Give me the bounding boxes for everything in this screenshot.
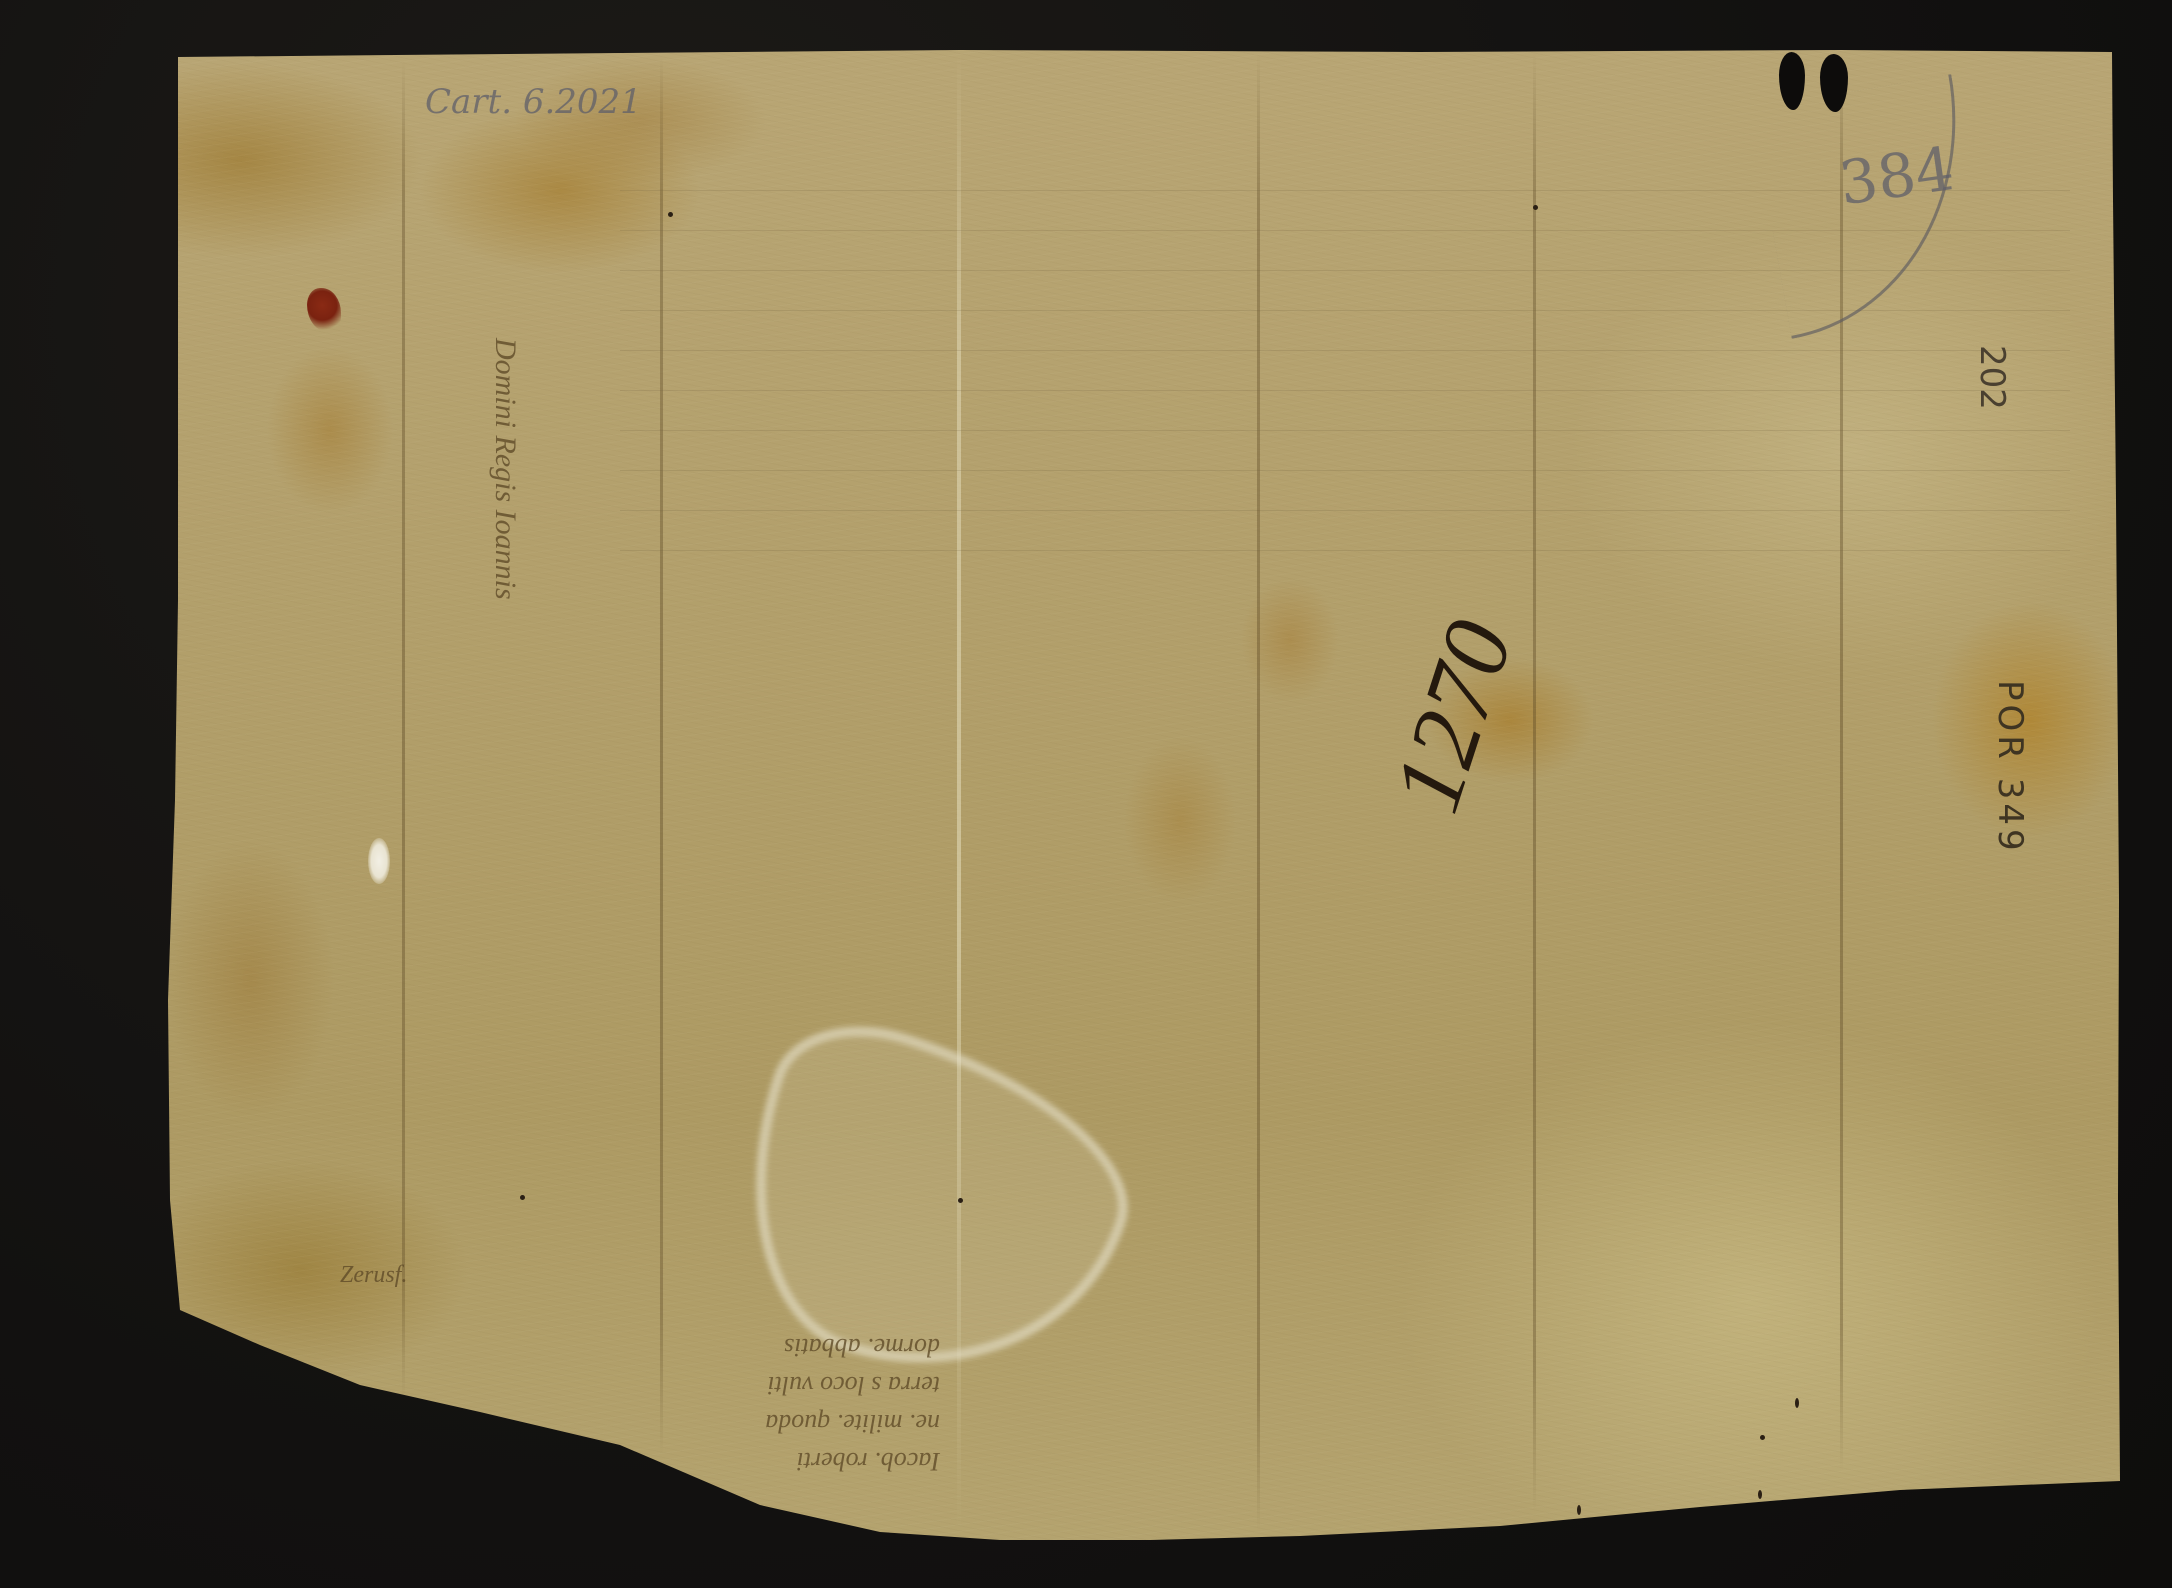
- ink-speck: [668, 212, 673, 217]
- ink-speck: [958, 1198, 963, 1203]
- ruling-line: [620, 510, 2070, 511]
- bottom-note-line: terra s loco vulti: [765, 1366, 940, 1404]
- ruling-line: [620, 550, 2070, 551]
- ink-speck: [1577, 1505, 1581, 1515]
- ink-speck: [1760, 1435, 1765, 1440]
- bottom-note-line: ne. milite. quoda: [765, 1404, 940, 1442]
- fold-line-1: [402, 60, 405, 1400]
- vertical-reference: POR 349: [1990, 680, 2030, 855]
- ink-speck: [520, 1195, 525, 1200]
- fold-line-5: [1533, 52, 1536, 1512]
- shelfmark-top: Cart. 6.2021: [425, 82, 642, 122]
- ruling-line: [620, 430, 2070, 431]
- bottom-left-note: Zerusf.: [340, 1262, 407, 1289]
- fold-line-2: [660, 55, 663, 1455]
- ruling-line: [620, 350, 2070, 351]
- vertical-number: 202: [1972, 345, 2012, 410]
- ruling-line: [620, 470, 2070, 471]
- bottom-note-line: dorme. abbatis: [765, 1328, 940, 1366]
- ink-speck: [1533, 205, 1538, 210]
- left-dorsal-note: Domini Regis Ioannis: [488, 338, 522, 600]
- ink-speck: [1795, 1398, 1799, 1408]
- white-spot-left: [368, 838, 390, 884]
- ruling-line: [620, 390, 2070, 391]
- ink-speck: [1758, 1490, 1762, 1499]
- bottom-note-line: Iacob. roberti: [765, 1442, 940, 1480]
- fold-line-4: [1257, 52, 1260, 1532]
- bottom-note: Iacob. roberti ne. milite. quoda terra s…: [765, 1328, 940, 1480]
